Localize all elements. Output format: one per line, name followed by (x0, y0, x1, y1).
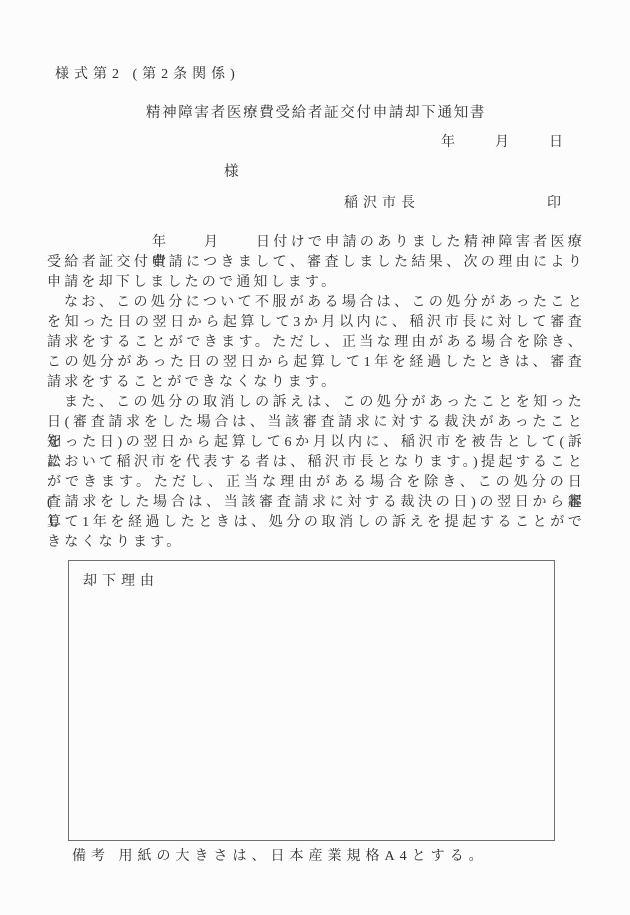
body-line: ができます。ただし、正当な理由がある場合を除き、この処分の日(審 (47, 473, 585, 493)
seal-mark: 印 (547, 192, 561, 212)
remarks-line: 備考 用紙の大きさは、日本産業規格A4とする。 (72, 845, 488, 865)
body-text: 年 月 日付けで申請のありました精神障害者医療費 受給者証交付申請につきまして、… (47, 233, 585, 553)
body-line: 申請を却下しましたので通知します。 (47, 273, 585, 293)
rejection-reason-box: 却下理由 (68, 560, 555, 841)
body-line: 査請求をした場合は、当該審査請求に対する裁決の日)の翌日から起算 (47, 493, 585, 513)
body-line: きなくなります。 (47, 533, 585, 553)
body-line: 受給者証交付申請につきまして、審査しました結果、次の理由により (47, 253, 585, 273)
body-line: において稲沢市を代表する者は、稲沢市長となります。)提起すること (47, 453, 585, 473)
body-line: して1年を経過したときは、処分の取消しの訴えを提起することがで (47, 513, 585, 533)
document-page: 様式第2 (第2条関係) 精神障害者医療費受給者証交付申請却下通知書 年 月 日… (0, 0, 630, 915)
date-blank-line: 年 月 日 (441, 131, 567, 151)
body-line: 知った日)の翌日から起算して6か月以内に、稲沢市を被告として(訴訟 (47, 433, 585, 453)
addressee-honorific: 様 (224, 160, 239, 181)
rejection-reason-label: 却下理由 (83, 570, 554, 590)
body-line: 請求をすることができなくなります。 (47, 373, 585, 393)
body-line: この処分があった日の翌日から起算して1年を経過したときは、審査 (47, 353, 585, 373)
body-line: 請求をすることができます。ただし、正当な理由がある場合を除き、 (47, 333, 585, 353)
body-line: 年 月 日付けで申請のありました精神障害者医療費 (47, 233, 585, 253)
body-line: なお、この処分について不服がある場合は、この処分があったこと (47, 293, 585, 313)
body-line: を知った日の翌日から起算して3か月以内に、稲沢市長に対して審査 (47, 313, 585, 333)
body-line: 日(審査請求をした場合は、当該審査請求に対する裁決があったことを (47, 413, 585, 433)
document-title: 精神障害者医療費受給者証交付申請却下通知書 (47, 101, 585, 122)
form-number: 様式第2 (第2条関係) (55, 63, 240, 83)
body-line: また、この処分の取消しの訴えは、この処分があったことを知った (47, 393, 585, 413)
issuer-name: 稲沢市長 (344, 192, 420, 212)
